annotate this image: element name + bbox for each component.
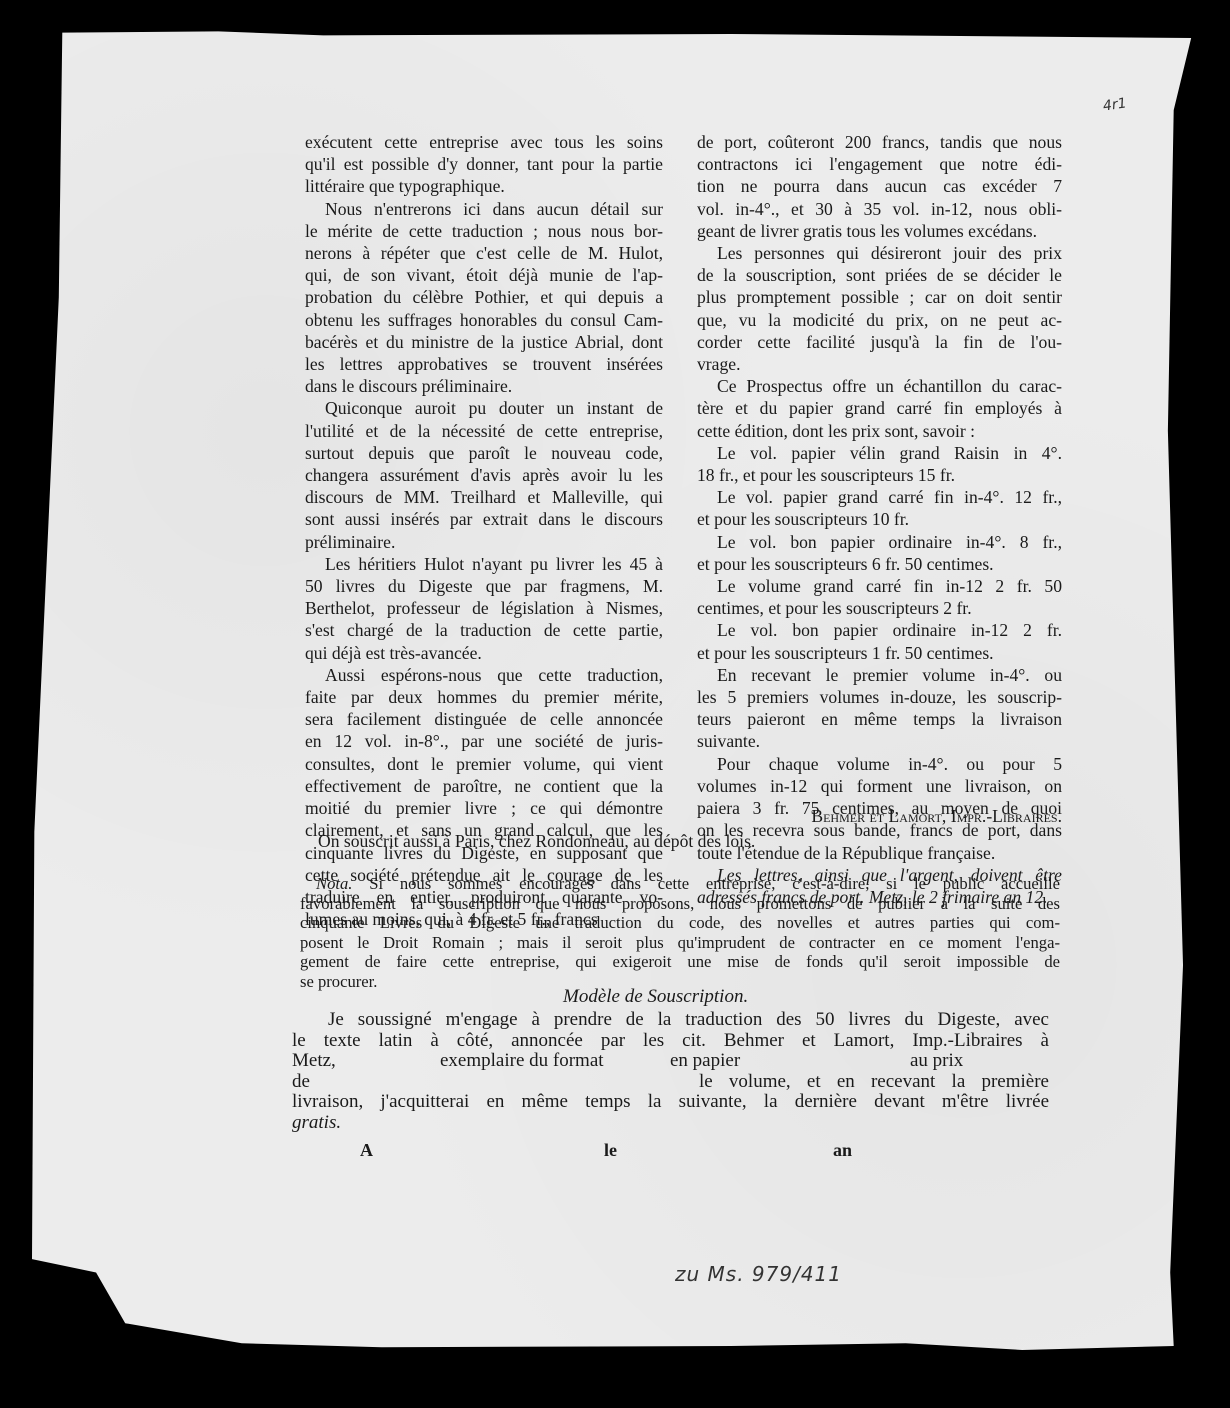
left-column-line: sont aussi insérés par extrait dans le d…	[305, 508, 663, 530]
right-column-line: volumes in-12 qui forment une livraison,…	[697, 775, 1062, 797]
left-column: exécutent cette entreprise avec tous les…	[305, 131, 663, 930]
model-line-3: Metz, exemplaire du format en papier au …	[292, 1051, 1049, 1072]
left-column-line: discours de MM. Treilhard et Malleville,…	[305, 486, 663, 508]
paris-subscription-note: On souscrit aussi à Paris, chez Rondonne…	[318, 832, 755, 852]
model-line-2: le texte latin à côté, annoncée par les …	[292, 1031, 1049, 1052]
left-column-line: exécutent cette entreprise avec tous les…	[305, 131, 663, 153]
left-column-line: consultes, dont le premier volume, qui v…	[305, 753, 663, 775]
nota-line: cinquante Livres du Digeste une traducti…	[300, 913, 1060, 933]
left-column-line: obtenu les suffrages honorables du consu…	[305, 309, 663, 331]
right-column-line: tion ne pourra dans aucun cas excéder 7	[697, 175, 1062, 197]
nota-label: Nota.	[316, 874, 369, 893]
left-column-line: qui, de son vivant, étoit déjà munie de …	[305, 264, 663, 286]
right-column: de port, coûteront 200 francs, tandis qu…	[697, 131, 1062, 908]
left-column-line: surtout depuis que paroît le nouveau cod…	[305, 442, 663, 464]
right-column-line: tère et du papier grand carré fin employ…	[697, 397, 1062, 419]
right-column-line: 18 fr., et pour les souscripteurs 15 fr.	[697, 464, 1062, 486]
model-line-5: livraison, j'acquitterai en même temps l…	[292, 1092, 1049, 1113]
right-column-line: corder cette facilité jusqu'à la fin de …	[697, 331, 1062, 353]
right-column-line: et pour les souscripteurs 1 fr. 50 centi…	[697, 642, 1062, 664]
right-column-line: contractons ici l'engagement que notre é…	[697, 153, 1062, 175]
right-column-line: Le volume grand carré fin in-12 2 fr. 50	[697, 575, 1062, 597]
right-column-line: les 5 premiers volumes in-douze, les sou…	[697, 686, 1062, 708]
nota-line: posent le Droit Romain ; mais il seroit …	[300, 933, 1060, 953]
right-column-line: que, vu la modicité du prix, on ne peut …	[697, 309, 1062, 331]
left-column-line: littéraire que typographique.	[305, 175, 663, 197]
right-column-line: Pour chaque volume in-4°. ou pour 5	[697, 753, 1062, 775]
printer-signature: Behmer et Lamort, Impr.-Libraires.	[697, 807, 1062, 827]
left-column-line: nerons à répéter que c'est celle de M. H…	[305, 242, 663, 264]
right-column-line: et pour les souscripteurs 6 fr. 50 centi…	[697, 553, 1062, 575]
model-title: Modèle de Souscription.	[563, 986, 748, 1008]
left-column-line: faite par deux hommes du premier mérite,	[305, 686, 663, 708]
right-column-line: teurs paieront en même temps la livraiso…	[697, 708, 1062, 730]
right-column-line: En recevant le premier volume in-4°. ou	[697, 664, 1062, 686]
model-line-4: de le volume, et en recevant la première	[292, 1072, 1049, 1093]
right-column-line: et pour les souscripteurs 10 fr.	[697, 508, 1062, 530]
left-column-line: bacérès et du ministre de la justice Abr…	[305, 331, 663, 353]
left-column-line: Les héritiers Hulot n'ayant pu livrer le…	[305, 553, 663, 575]
signature-field-year: an	[833, 1140, 852, 1161]
right-column-line: suivante.	[697, 730, 1062, 752]
left-column-line: moitié du premier livre ; ce qui démontr…	[305, 797, 663, 819]
model-line-1: Je soussigné m'engage à prendre de la tr…	[292, 1010, 1049, 1031]
left-column-line: s'est chargé de la traduction de cette p…	[305, 619, 663, 641]
left-column-line: Nous n'entrerons ici dans aucun détail s…	[305, 198, 663, 220]
right-column-line: plus promptement possible ; car on doit …	[697, 286, 1062, 308]
left-column-line: qu'il est possible d'y donner, tant pour…	[305, 153, 663, 175]
right-column-line: Le vol. bon papier ordinaire in-4°. 8 fr…	[697, 531, 1062, 553]
left-column-line: 50 livres du Digeste que par fragmens, M…	[305, 575, 663, 597]
left-column-line: dans le discours préliminaire.	[305, 375, 663, 397]
right-column-line: de port, coûteront 200 francs, tandis qu…	[697, 131, 1062, 153]
right-column-line: de la souscription, sont priées de se dé…	[697, 264, 1062, 286]
model-line-6: gratis.	[292, 1113, 1049, 1134]
nota-paragraph: Nota. Si nous sommes encouragés dans cet…	[300, 874, 1060, 991]
right-column-line: cette édition, dont les prix sont, savoi…	[697, 420, 1062, 442]
nota-line: Nota. Si nous sommes encouragés dans cet…	[300, 874, 1060, 894]
right-column-line: vrage.	[697, 353, 1062, 375]
left-column-line: Quiconque auroit pu douter un instant de	[305, 397, 663, 419]
shelfmark: zu Ms. 979/411	[675, 1262, 842, 1286]
right-column-line: vol. in-4°., et 30 à 35 vol. in-12, nous…	[697, 198, 1062, 220]
right-column-line: Le vol. papier grand carré fin in-4°. 12…	[697, 486, 1062, 508]
left-column-line: le mérite de cette traduction ; nous nou…	[305, 220, 663, 242]
right-column-line: Les personnes qui désireront jouir des p…	[697, 242, 1062, 264]
left-column-line: les lettres approbatives se trouvent ins…	[305, 353, 663, 375]
left-column-line: Berthelot, professeur de législation à N…	[305, 597, 663, 619]
right-column-line: Ce Prospectus offre un échantillon du ca…	[697, 375, 1062, 397]
left-column-line: qui déjà est très-avancée.	[305, 642, 663, 664]
signature-field-date: le	[604, 1140, 617, 1161]
left-column-line: effectivement de paroître, ne contient q…	[305, 775, 663, 797]
nota-line: gement de faire cette entreprise, qui ex…	[300, 952, 1060, 972]
folio-number: 4r1	[1102, 95, 1128, 114]
right-column-line: centimes, et pour les souscripteurs 2 fr…	[697, 597, 1062, 619]
left-column-line: en 12 vol. in-8°., par une société de ju…	[305, 730, 663, 752]
signature-field-place: A	[360, 1140, 373, 1161]
nota-line: favorablement la souscription que nous p…	[300, 894, 1060, 914]
left-column-line: préliminaire.	[305, 531, 663, 553]
left-column-line: sera facilement distinguée de celle anno…	[305, 708, 663, 730]
left-column-line: Aussi espérons-nous que cette traduction…	[305, 664, 663, 686]
left-column-line: changera assurément d'avis après avoir l…	[305, 464, 663, 486]
left-column-line: l'utilité et de la nécessité de cette en…	[305, 420, 663, 442]
subscription-model: Je soussigné m'engage à prendre de la tr…	[292, 1010, 1049, 1133]
right-column-line: Le vol. papier vélin grand Raisin in 4°.	[697, 442, 1062, 464]
right-column-line: geant de livrer gratis tous les volumes …	[697, 220, 1062, 242]
right-column-line: Le vol. bon papier ordinaire in-12 2 fr.	[697, 619, 1062, 641]
left-column-line: probation du célèbre Pothier, et qui dep…	[305, 286, 663, 308]
